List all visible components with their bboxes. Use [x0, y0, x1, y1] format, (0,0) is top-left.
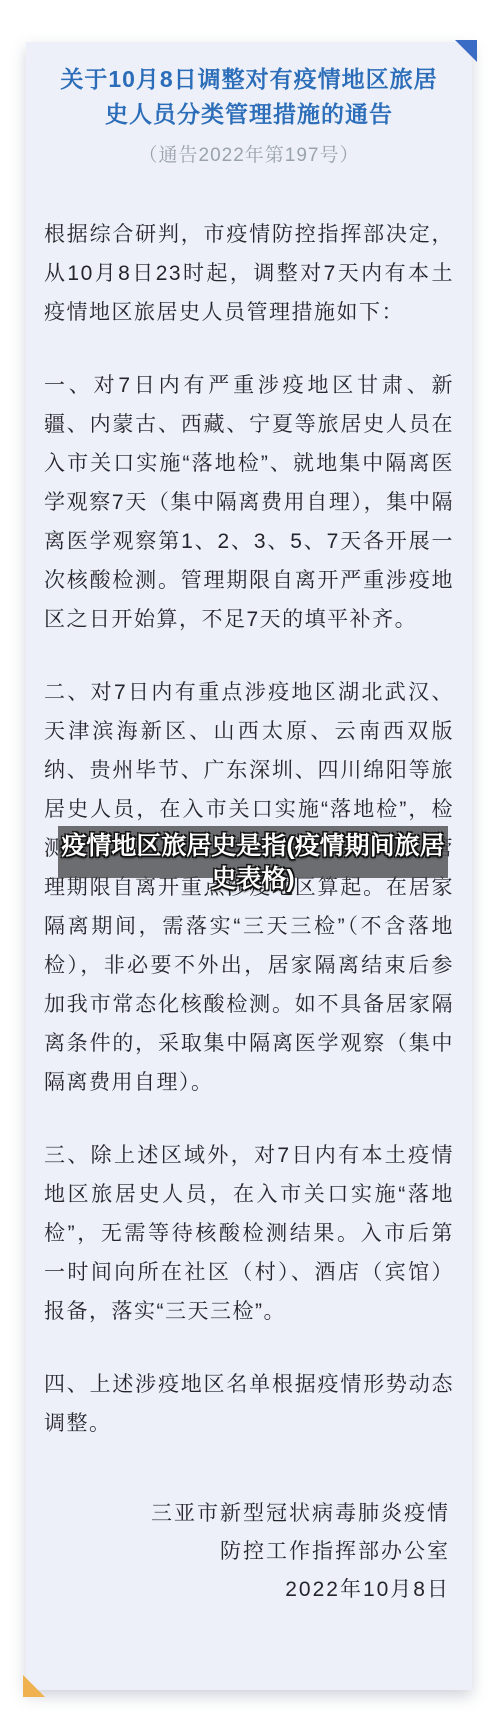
signature-org-line-2: 防控工作指挥部办公室 [44, 1533, 450, 1571]
notice-title: 关于10月8日调整对有疫情地区旅居史人员分类管理措施的通告 [50, 62, 448, 132]
watermark-text: 疫情地区旅居史是指(疫情期间旅居史表格) [58, 826, 448, 896]
signature-org-line-1: 三亚市新型冠状病毒肺炎疫情 [44, 1495, 450, 1533]
paragraph-item-1: 一、对7日内有严重涉疫地区甘肃、新疆、内蒙古、西藏、宁夏等旅居史人员在入市关口实… [44, 366, 454, 639]
paragraph-intro: 根据综合研判，市疫情防控指挥部决定，从10月8日23时起，调整对7天内有本土疫情… [44, 215, 454, 332]
notice-page: 关于10月8日调整对有疫情地区旅居史人员分类管理措施的通告 （通告2022年第1… [0, 0, 500, 1719]
corner-fold-top-right-icon [455, 40, 477, 62]
paragraph-item-3: 三、除上述区域外，对7日内有本土疫情地区旅居史人员，在入市关口实施“落地检”，无… [44, 1136, 454, 1331]
corner-fold-bottom-left-icon [23, 1675, 45, 1697]
watermark-banner: 疫情地区旅居史是指(疫情期间旅居史表格) [58, 826, 448, 878]
paragraph-item-4: 四、上述涉疫地区名单根据疫情形势动态调整。 [44, 1365, 454, 1443]
signature-block: 三亚市新型冠状病毒肺炎疫情 防控工作指挥部办公室 2022年10月8日 [44, 1495, 454, 1609]
notice-number: （通告2022年第197号） [44, 140, 454, 167]
signature-date: 2022年10月8日 [44, 1571, 450, 1609]
